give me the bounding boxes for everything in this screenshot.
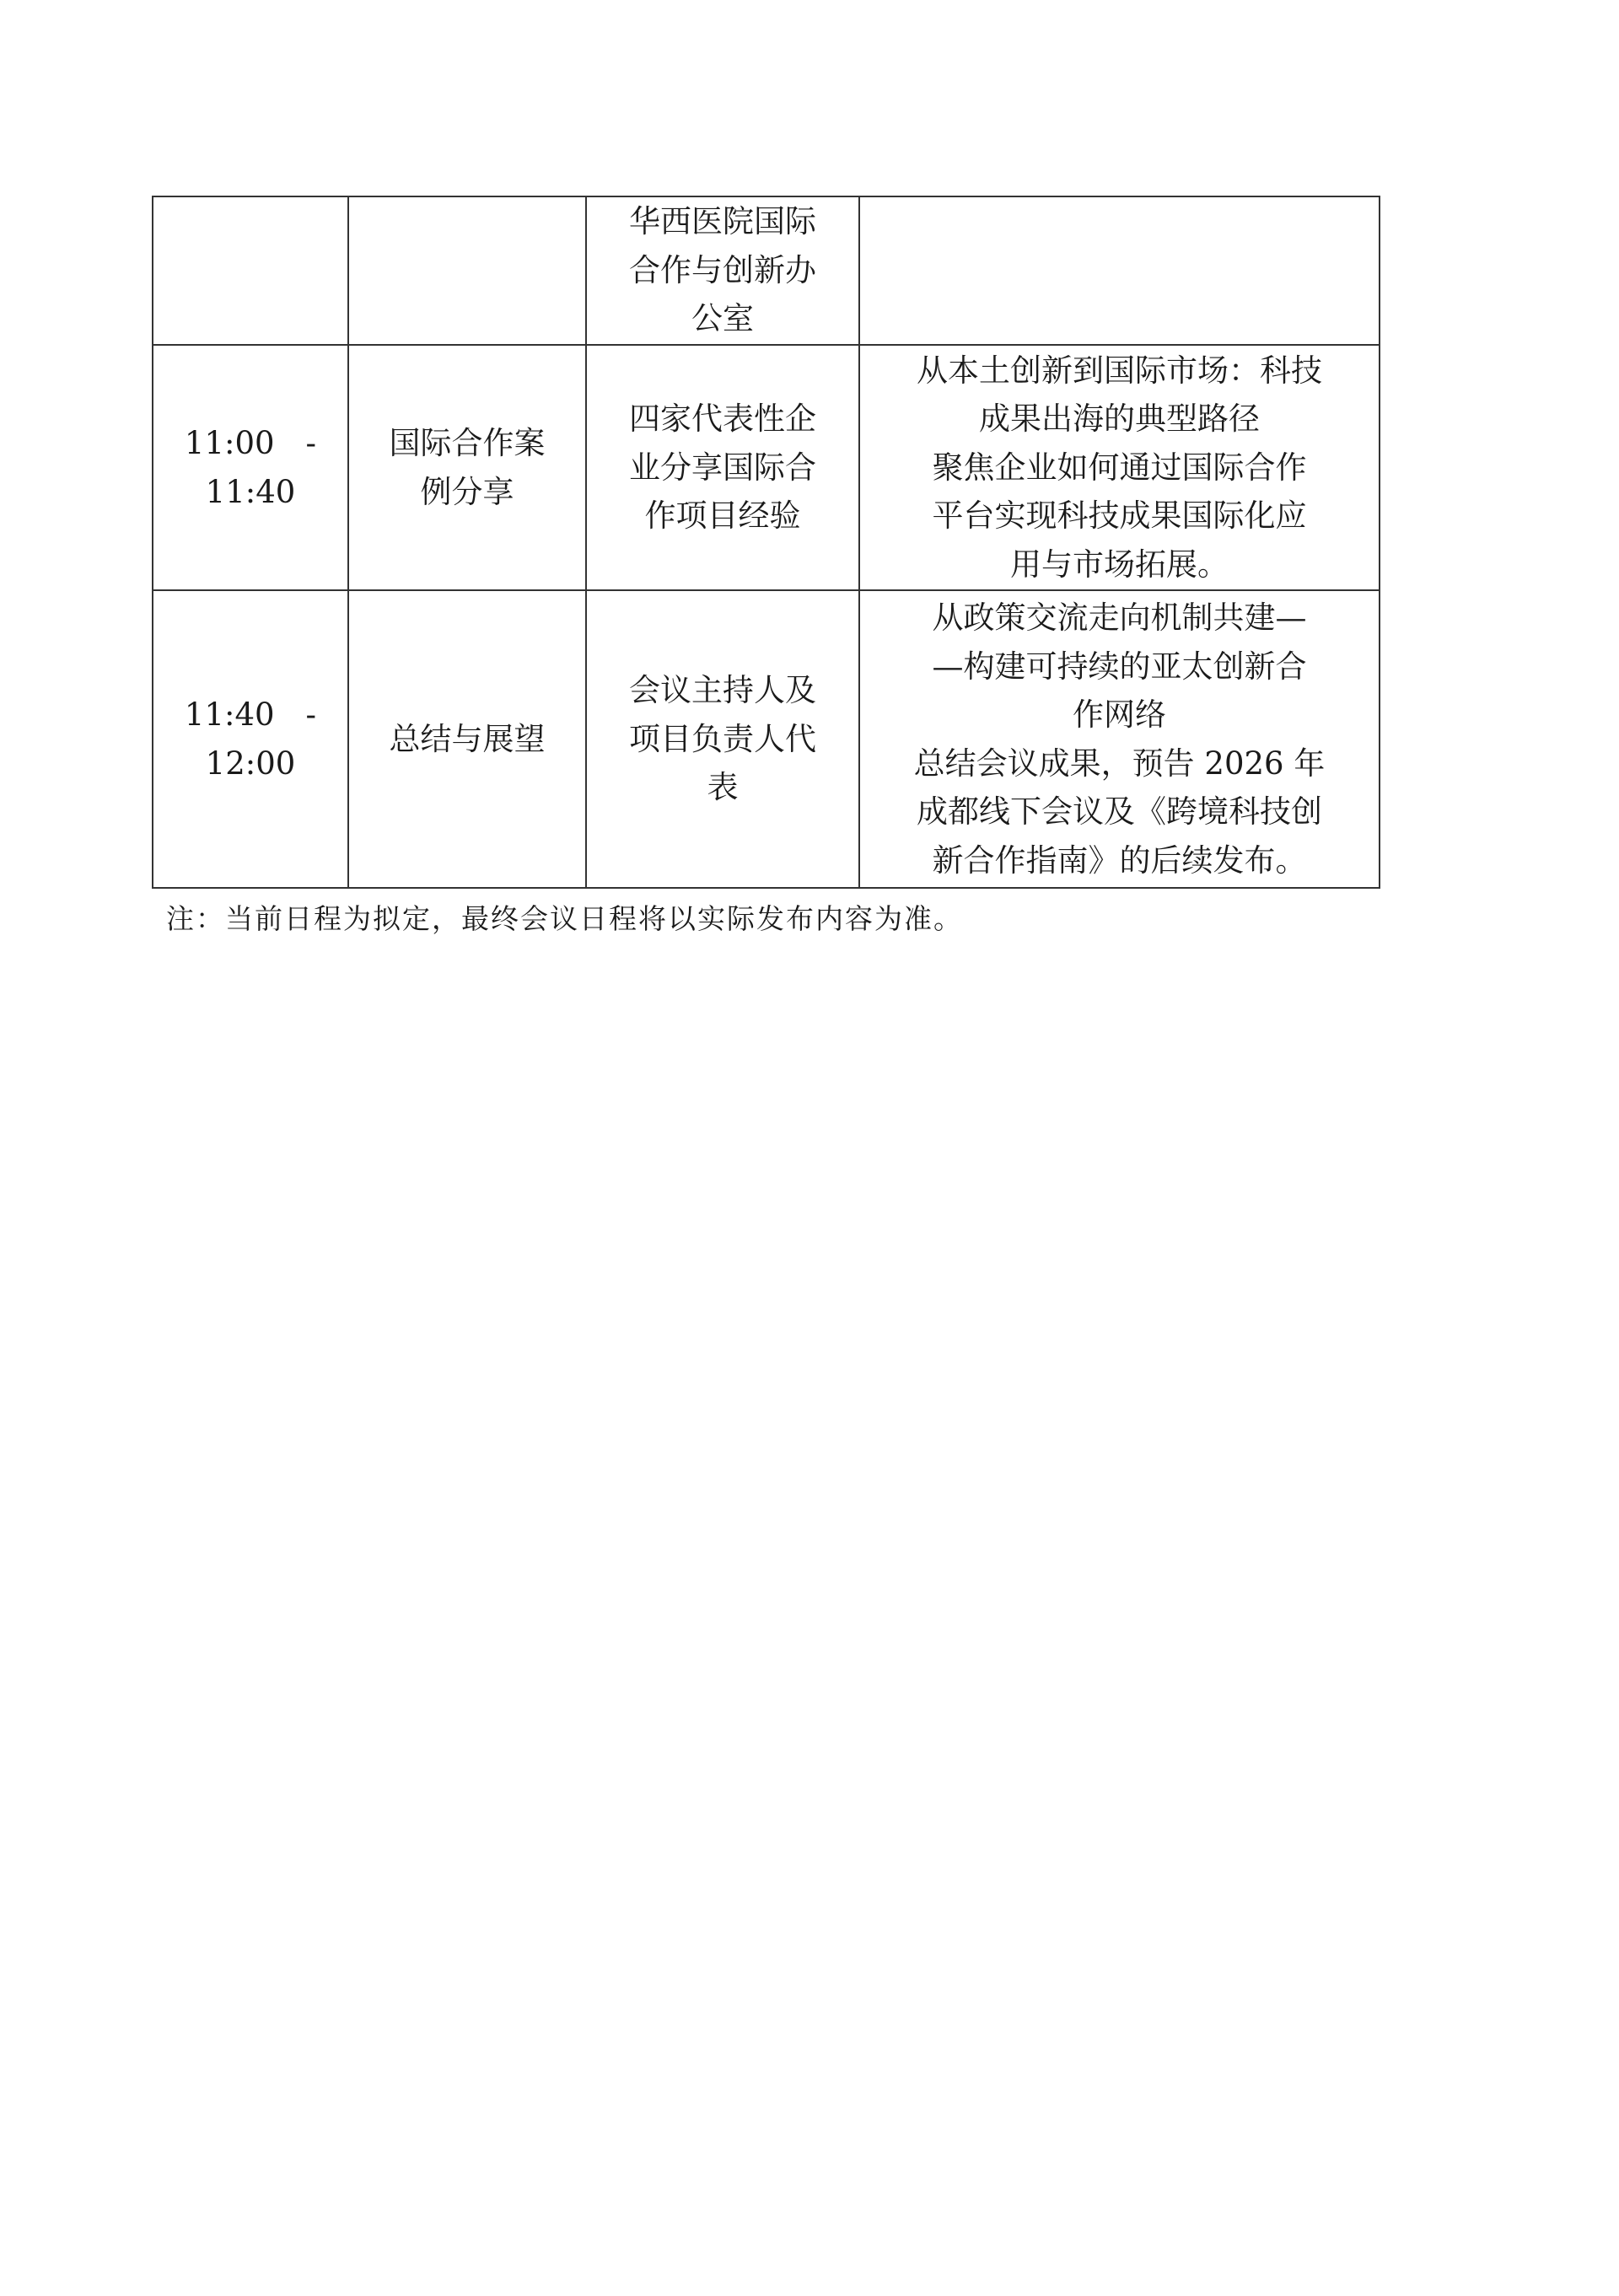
speaker-line: 四家代表性企: [594, 395, 852, 444]
time-cell: 11:00 - 11:40: [153, 345, 348, 590]
content-line: 从政策交流走向机制共建—: [867, 594, 1372, 643]
time-line: 11:00 -: [160, 419, 341, 468]
time-line: 11:40: [160, 468, 341, 517]
session-cell: 总结与展望: [348, 590, 586, 888]
content-cell: [859, 196, 1380, 345]
content-line: 成都线下会议及《跨境科技创: [867, 788, 1372, 836]
content-line: 成果出海的典型路径: [867, 395, 1372, 444]
session-line: 总结与展望: [356, 715, 578, 764]
content-line: 聚焦企业如何通过国际合作: [867, 444, 1372, 492]
time-cell: [153, 196, 348, 345]
content-line: 用与市场拓展。: [867, 540, 1372, 589]
content-line: 作网络: [867, 691, 1372, 739]
content-line: 新合作指南》的后续发布。: [867, 836, 1372, 885]
speaker-cell: 会议主持人及 项目负责人代 表: [586, 590, 859, 888]
speaker-cell: 四家代表性企 业分享国际合 作项目经验: [586, 345, 859, 590]
speaker-line: 公室: [594, 294, 852, 343]
content-line: 总结会议成果，预告 2026 年: [867, 739, 1372, 788]
table-row: 华西医院国际 合作与创新办 公室: [153, 196, 1380, 345]
speaker-line: 表: [594, 763, 852, 812]
session-line: 国际合作案: [356, 419, 578, 468]
table-row: 11:40 - 12:00 总结与展望 会议主持人及 项目负责人代 表 从政策交…: [153, 590, 1380, 888]
session-cell: [348, 196, 586, 345]
speaker-line: 合作与创新办: [594, 246, 852, 295]
content-line: —构建可持续的亚太创新合: [867, 643, 1372, 691]
session-cell: 国际合作案 例分享: [348, 345, 586, 590]
time-line: 12:00: [160, 739, 341, 788]
agenda-table: 华西医院国际 合作与创新办 公室 11:00 - 11:40 国际合作案 例分享…: [152, 196, 1380, 889]
speaker-cell: 华西医院国际 合作与创新办 公室: [586, 196, 859, 345]
speaker-line: 华西医院国际: [594, 197, 852, 246]
speaker-line: 会议主持人及: [594, 666, 852, 715]
speaker-line: 作项目经验: [594, 492, 852, 540]
session-line: 例分享: [356, 468, 578, 517]
content-line: 平台实现科技成果国际化应: [867, 492, 1372, 540]
speaker-line: 项目负责人代: [594, 715, 852, 764]
content-cell: 从本土创新到国际市场：科技 成果出海的典型路径 聚焦企业如何通过国际合作 平台实…: [859, 345, 1380, 590]
content-line: 从本土创新到国际市场：科技: [867, 347, 1372, 395]
speaker-line: 业分享国际合: [594, 444, 852, 492]
content-cell: 从政策交流走向机制共建— —构建可持续的亚太创新合 作网络 总结会议成果，预告 …: [859, 590, 1380, 888]
table-row: 11:00 - 11:40 国际合作案 例分享 四家代表性企 业分享国际合 作项…: [153, 345, 1380, 590]
time-line: 11:40 -: [160, 691, 341, 739]
footnote: 注：当前日程为拟定，最终会议日程将以实际发布内容为准。: [166, 897, 963, 937]
time-cell: 11:40 - 12:00: [153, 590, 348, 888]
